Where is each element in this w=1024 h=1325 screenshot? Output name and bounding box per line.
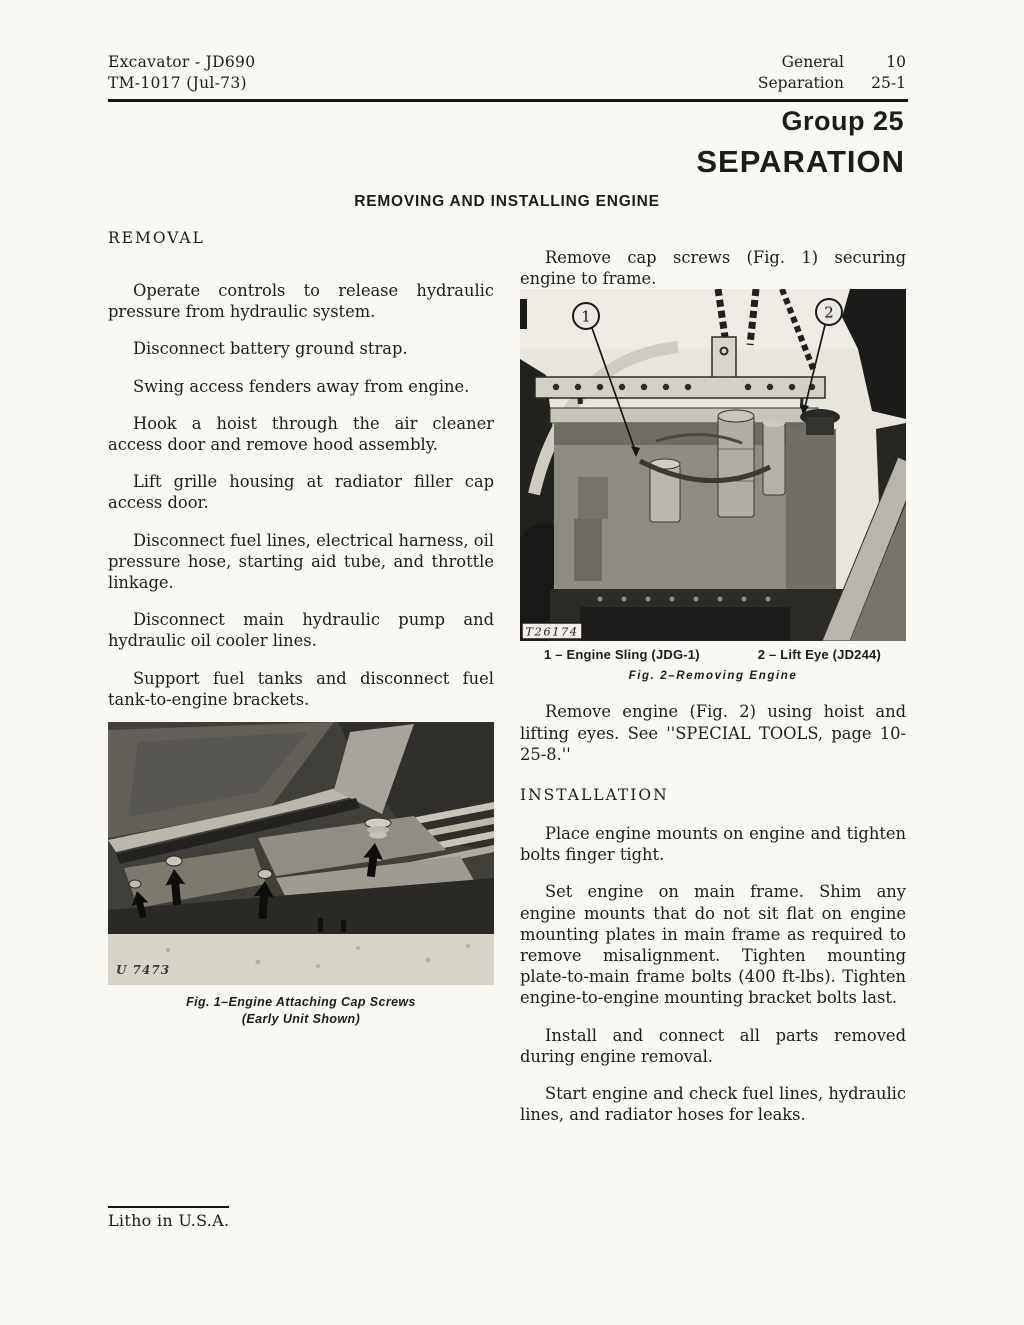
section-title: SEPARATION (696, 144, 905, 180)
fig2-legend: 1 – Engine Sling (JDG-1) 2 – Lift Eye (J… (520, 647, 906, 662)
removal-heading: REMOVAL (108, 229, 494, 247)
fig2-photo-removing-engine: 1 2 T26174 (520, 289, 906, 641)
cap-screw (166, 856, 182, 866)
page-title: REMOVING AND INSTALLING ENGINE (108, 193, 906, 211)
manual-page: Excavator - JD690 TM-1017 (Jul-73) Gener… (0, 0, 1024, 1325)
installation-paragraph: Start engine and check fuel lines, hydra… (520, 1083, 906, 1125)
fig2-legend-item-1: 1 – Engine Sling (JDG-1) (544, 647, 700, 662)
removal-paragraph: Operate controls to release hydraulic pr… (108, 280, 494, 322)
callout-1-number: 1 (581, 308, 591, 326)
installation-paragraph: Install and connect all parts removed du… (520, 1025, 906, 1067)
engine-block (550, 408, 840, 593)
fig2-photo-code: T26174 (525, 625, 578, 639)
removal-paragraph: Lift grille housing at radiator filler c… (108, 471, 494, 513)
manual-line: TM-1017 (Jul-73) (108, 73, 255, 94)
cap-screw (258, 870, 272, 879)
group-title: Group 25 (781, 106, 904, 137)
remove-engine-paragraph: Remove engine (Fig. 2) using hoist and l… (520, 701, 906, 765)
installation-paragraph: Place engine mounts on engine and tighte… (520, 823, 906, 865)
installation-heading: INSTALLATION (520, 786, 906, 804)
removal-paragraph: Swing access fenders away from engine. (108, 376, 494, 397)
fig2-caption: Fig. 2–Removing Engine (520, 670, 906, 682)
installation-paragraph: Set engine on main frame. Shim any engin… (520, 881, 906, 1008)
ref-page: 10 (860, 52, 906, 73)
fig1-photo-code: U 7473 (116, 963, 170, 977)
figure-2: 1 2 T26174 1 – Engine Sling (JDG-1) 2 – … (520, 289, 906, 682)
removal-paragraph: Hook a hoist through the air cleaner acc… (108, 413, 494, 455)
ref-label: General (758, 52, 844, 73)
cap-screw (129, 880, 141, 888)
removal-paragraph: Disconnect main hydraulic pump and hydra… (108, 609, 494, 651)
header-left: Excavator - JD690 TM-1017 (Jul-73) (108, 52, 255, 94)
right-column: Remove cap screws (Fig. 1) securing engi… (520, 247, 906, 1141)
fig2-legend-item-2: 2 – Lift Eye (JD244) (758, 647, 881, 662)
ref-page: 25-1 (860, 73, 906, 94)
header-page-refs: General 10 Separation 25-1 (758, 52, 906, 94)
removal-paragraph: Disconnect fuel lines, electrical harnes… (108, 530, 494, 594)
ref-label: Separation (758, 73, 844, 94)
engine-sling-bar (535, 377, 825, 398)
fig1-caption-line2: (Early Unit Shown) (108, 1011, 494, 1028)
fig1-caption: Fig. 1–Engine Attaching Cap Screws (Earl… (108, 994, 494, 1028)
remove-cap-screws-paragraph: Remove cap screws (Fig. 1) securing engi… (520, 247, 906, 289)
left-column: REMOVAL Operate controls to release hydr… (108, 229, 494, 1028)
fig1-photo-underside-cap-screws: U 7473 (108, 722, 494, 985)
removal-paragraph: Support fuel tanks and disconnect fuel t… (108, 668, 494, 710)
figure-1: U 7473 Fig. 1–Engine Attaching Cap Screw… (108, 722, 494, 1028)
litho-note: Litho in U.S.A. (108, 1206, 229, 1230)
fig1-caption-line1: Fig. 1–Engine Attaching Cap Screws (108, 994, 494, 1011)
model-line: Excavator - JD690 (108, 52, 255, 73)
removal-paragraph: Disconnect battery ground strap. (108, 338, 494, 359)
callout-2-number: 2 (824, 304, 834, 322)
fig2-photo-code-plate: T26174 (522, 623, 582, 639)
header-rule (108, 99, 908, 102)
